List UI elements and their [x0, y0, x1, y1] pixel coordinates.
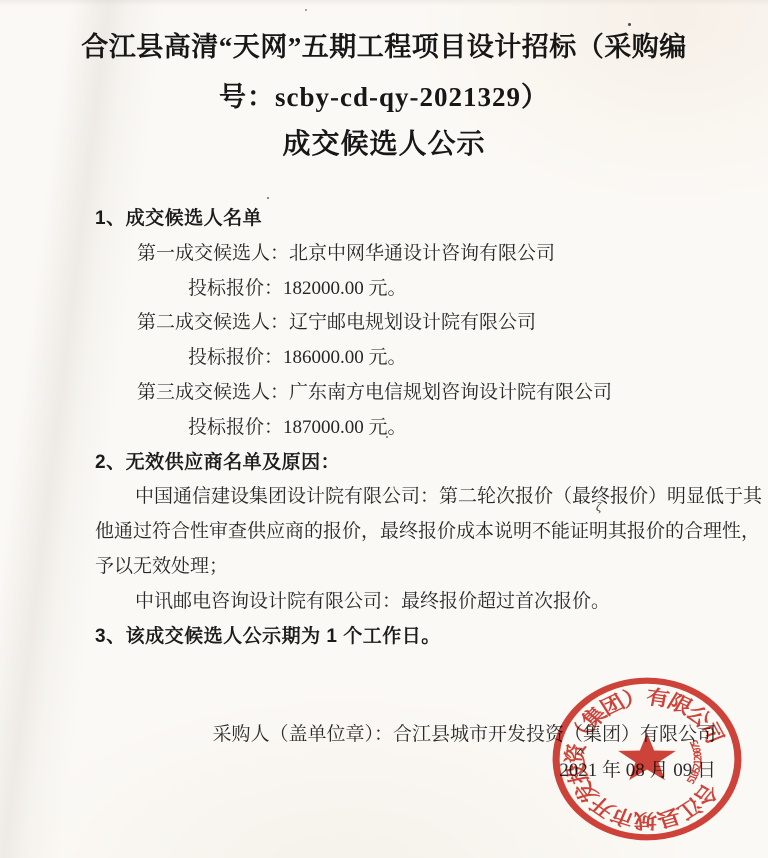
- document-title: 合江县高清“天网”五期工程项目设计招标（采购编 号：scby-cd-qy-202…: [0, 22, 768, 168]
- invalid-supplier-paragraph-2: 中讯邮电咨询设计院有限公司：最终报价超过首次报价。: [95, 585, 754, 620]
- section2-heading: 2、无效供应商名单及原因：: [95, 446, 754, 481]
- section1-heading: 1、成交候选人名单: [95, 202, 754, 237]
- title-line-3: 成交候选人公示: [0, 122, 768, 168]
- svg-text:有: 有: [644, 685, 671, 711]
- scan-speck: [267, 197, 269, 199]
- candidate-3-line: 第三成交候选人：广东南方电信规划咨询设计院有限公司: [95, 376, 754, 411]
- signature-block: 采购人（盖单位章）：合江县城市开发投资（集团）有限公司 2021 年 08 月 …: [212, 717, 716, 788]
- svg-text:县: 县: [653, 804, 683, 831]
- svg-text:开: 开: [585, 792, 619, 822]
- scanned-document-page: 合江县高清“天网”五期工程项目设计招标（采购编 号：scby-cd-qy-202…: [0, 0, 768, 858]
- candidate-1-line: 第一成交候选人：北京中网华通设计咨询有限公司: [95, 237, 754, 272]
- title-line-1: 合江县高清“天网”五期工程项目设计招标（采购编: [0, 22, 768, 72]
- svg-text:）: ）: [621, 686, 648, 711]
- candidate-1-price: 投标报价：182000.00 元。: [95, 272, 754, 307]
- svg-text:团: 团: [596, 691, 629, 720]
- candidate-3-price: 投标报价：187000.00 元。: [95, 411, 754, 446]
- invalid-supplier-paragraph-line-2: 他通过符合性审查供应商的报价，最终报价成本说明不能证明其报价的合理性，: [95, 515, 754, 550]
- candidate-2-price: 投标报价：186000.00 元。: [95, 341, 754, 376]
- scan-speck: [628, 23, 631, 26]
- title-line-2: 号：scby-cd-qy-2021329）: [0, 72, 768, 122]
- svg-text:市: 市: [607, 803, 638, 831]
- buyer-signature-line: 采购人（盖单位章）：合江县城市开发投资（集团）有限公司: [212, 717, 716, 753]
- document-body: 1、成交候选人名单 第一成交候选人：北京中网华通设计咨询有限公司 投标报价：18…: [95, 202, 754, 654]
- section3-heading: 3、该成交候选人公示期为 1 个工作日。: [95, 620, 754, 655]
- svg-text:江: 江: [672, 794, 706, 824]
- pen-caret-mark: ＾: [571, 741, 590, 763]
- scan-speck: [386, 436, 388, 438]
- invalid-supplier-paragraph-line-3: 予以无效处理；: [95, 550, 754, 585]
- svg-text:城: 城: [633, 809, 657, 832]
- candidate-2-line: 第二成交候选人：辽宁邮电规划设计院有限公司: [95, 306, 754, 341]
- scan-speck: [305, 9, 307, 11]
- date-line: 2021 年 08 月 09 日: [212, 753, 716, 789]
- svg-text:限: 限: [664, 690, 697, 719]
- invalid-supplier-paragraph-line-1: 中国通信建设集团设计院有限公司：第二轮次报价（最终报价）明显低于其: [95, 480, 754, 515]
